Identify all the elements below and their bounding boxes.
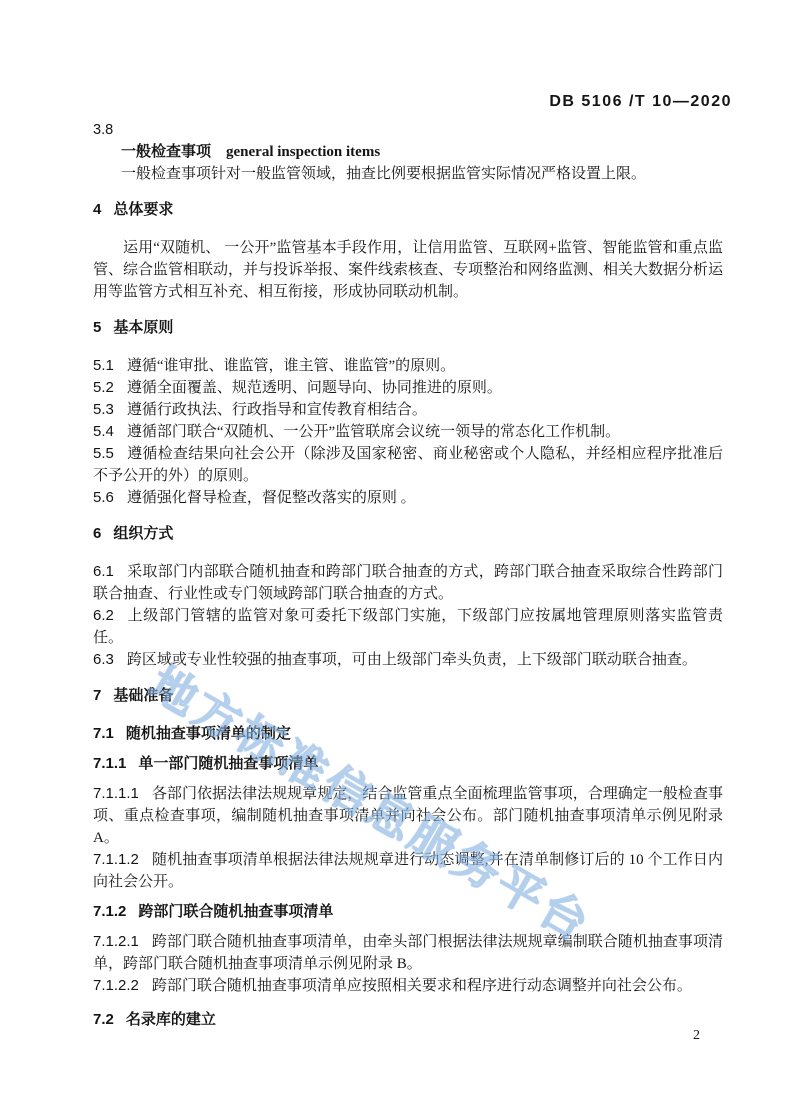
clause-7-1-1-1: 7.1.1.1各部门依据法律法规规章规定，结合监管重点全面梳理监管事项，合理确定…	[93, 783, 723, 849]
doc-code-header: DB 5106 /T 10—2020	[549, 93, 732, 111]
clause-5-3: 5.3遵循行政执法、行政指导和宣传教育相结合。	[93, 399, 723, 421]
section-heading-5: 5基本原则	[93, 317, 723, 339]
clause-number: 7.1.1.1	[93, 785, 139, 802]
term-title-en: general inspection items	[226, 144, 380, 160]
section-heading-7-1: 7.1随机抽查事项清单的制定	[93, 723, 723, 745]
clause-number: 6.2	[93, 607, 114, 624]
clause-number: 7.1.1.2	[93, 851, 139, 868]
clause-number: 5.5	[93, 445, 114, 462]
clause-text: 遵循行政执法、行政指导和宣传教育相结合。	[127, 402, 427, 418]
clause-text: 名录库的建立	[126, 1011, 216, 1028]
clause-text: 随机抽查事项清单根据法律法规规章进行动态调整,并在清单制修订后的 10 个工作日…	[93, 852, 723, 890]
clause-text: 基础准备	[113, 687, 173, 704]
section-heading-7: 7基础准备	[93, 685, 723, 707]
section-heading-7-2: 7.2名录库的建立	[93, 1009, 723, 1031]
section-heading-6: 6组织方式	[93, 523, 723, 545]
clause-7-1-1-2: 7.1.1.2随机抽查事项清单根据法律法规规章进行动态调整,并在清单制修订后的 …	[93, 849, 723, 893]
clause-6-2: 6.2上级部门管辖的监管对象可委托下级部门实施，下级部门应按属地管理原则落实监管…	[93, 605, 723, 649]
clause-number: 7.2	[93, 1011, 114, 1028]
clause-number: 4	[93, 201, 101, 218]
clause-text: 遵循“谁审批、谁监管，谁主管、谁监管”的原则。	[127, 358, 455, 374]
clause-text: 上级部门管辖的监管对象可委托下级部门实施，下级部门应按属地管理原则落实监管责任。	[93, 608, 723, 646]
clause-text: 随机抽查事项清单的制定	[126, 725, 291, 742]
clause-number: 7.1.2.2	[93, 977, 139, 994]
clause-text: 单一部门随机抽查事项清单	[138, 755, 318, 772]
clause-5-6: 5.6遵循强化督导检查，督促整改落实的原则 。	[93, 487, 723, 509]
section-heading-7-1-1: 7.1.1单一部门随机抽查事项清单	[93, 753, 723, 775]
clause-number: 5.2	[93, 379, 114, 396]
term-number: 3.8	[93, 119, 723, 141]
clause-number: 5.4	[93, 423, 114, 440]
clause-6-1: 6.1采取部门内部联合随机抽查和跨部门联合抽查的方式，跨部门联合抽查采取综合性跨…	[93, 561, 723, 605]
clause-number: 5.3	[93, 401, 114, 418]
section-heading-7-1-2: 7.1.2跨部门联合随机抽查事项清单	[93, 901, 723, 923]
clause-text: 跨部门联合随机抽查事项清单应按照相关要求和程序进行动态调整并向社会公布。	[152, 978, 692, 994]
clause-text: 遵循全面覆盖、规范透明、问题导向、协同推进的原则。	[127, 380, 502, 396]
term-definition: 一般检查事项针对一般监管领域，抽查比例要根据监管实际情况严格设置上限。	[93, 163, 723, 185]
clause-5-5: 5.5遵循检查结果向社会公开（除涉及国家秘密、商业秘密或个人隐私，并经相应程序批…	[93, 443, 723, 487]
clause-7-1-2-1: 7.1.2.1跨部门联合随机抽查事项清单，由牵头部门根据法律法规规章编制联合随机…	[93, 931, 723, 975]
clause-text: 各部门依据法律法规规章规定，结合监管重点全面梳理监管事项，合理确定一般检查事项、…	[93, 786, 723, 846]
term-title-zh: 一般检查事项	[121, 143, 211, 160]
clause-6-3: 6.3跨区域或专业性较强的抽查事项，可由上级部门牵头负责，上下级部门联动联合抽查…	[93, 649, 723, 671]
clause-text: 组织方式	[113, 525, 173, 542]
clause-text: 跨部门联合随机抽查事项清单	[138, 903, 333, 920]
clause-number: 6.1	[93, 563, 114, 580]
clause-number: 7.1.1	[93, 755, 126, 772]
clause-text: 总体要求	[113, 201, 173, 218]
clause-number: 7	[93, 687, 101, 704]
clause-7-1-2-2: 7.1.2.2跨部门联合随机抽查事项清单应按照相关要求和程序进行动态调整并向社会…	[93, 975, 723, 997]
clause-5-4: 5.4遵循部门联合“双随机、一公开”监管联席会议统一领导的常态化工作机制。	[93, 421, 723, 443]
term-title: 一般检查事项general inspection items	[93, 141, 723, 163]
clause-number: 7.1.2.1	[93, 933, 139, 950]
doc-body: 3.8一般检查事项general inspection items一般检查事项针…	[93, 119, 723, 1039]
clause-number: 7.1	[93, 725, 114, 742]
clause-5-2: 5.2遵循全面覆盖、规范透明、问题导向、协同推进的原则。	[93, 377, 723, 399]
clause-text: 跨部门联合随机抽查事项清单，由牵头部门根据法律法规规章编制联合随机抽查事项清单，…	[93, 934, 723, 972]
clause-text: 采取部门内部联合随机抽查和跨部门联合抽查的方式，跨部门联合抽查采取综合性跨部门联…	[93, 564, 723, 602]
paragraph-4: 运用“双随机、 一公开”监管基本手段作用，让信用监管、互联网+监管、智能监管和重…	[93, 237, 723, 303]
clause-number: 5	[93, 319, 101, 336]
clause-number: 5.6	[93, 489, 114, 506]
clause-text: 基本原则	[113, 319, 173, 336]
clause-text: 遵循检查结果向社会公开（除涉及国家秘密、商业秘密或个人隐私，并经相应程序批准后不…	[93, 446, 723, 484]
clause-number: 7.1.2	[93, 903, 126, 920]
clause-text: 跨区域或专业性较强的抽查事项，可由上级部门牵头负责，上下级部门联动联合抽查。	[127, 652, 697, 668]
clause-5-1: 5.1遵循“谁审批、谁监管，谁主管、谁监管”的原则。	[93, 355, 723, 377]
document-page: DB 5106 /T 10—2020 地方标准信息服务平台 3.8一般检查事项g…	[0, 0, 792, 1120]
clause-text: 遵循部门联合“双随机、一公开”监管联席会议统一领导的常态化工作机制。	[127, 424, 620, 440]
clause-text: 遵循强化督导检查，督促整改落实的原则 。	[127, 490, 416, 506]
section-heading-4: 4总体要求	[93, 199, 723, 221]
clause-number: 6.3	[93, 651, 114, 668]
clause-number: 6	[93, 525, 101, 542]
clause-number: 5.1	[93, 357, 114, 374]
page-number: 2	[693, 1028, 700, 1044]
